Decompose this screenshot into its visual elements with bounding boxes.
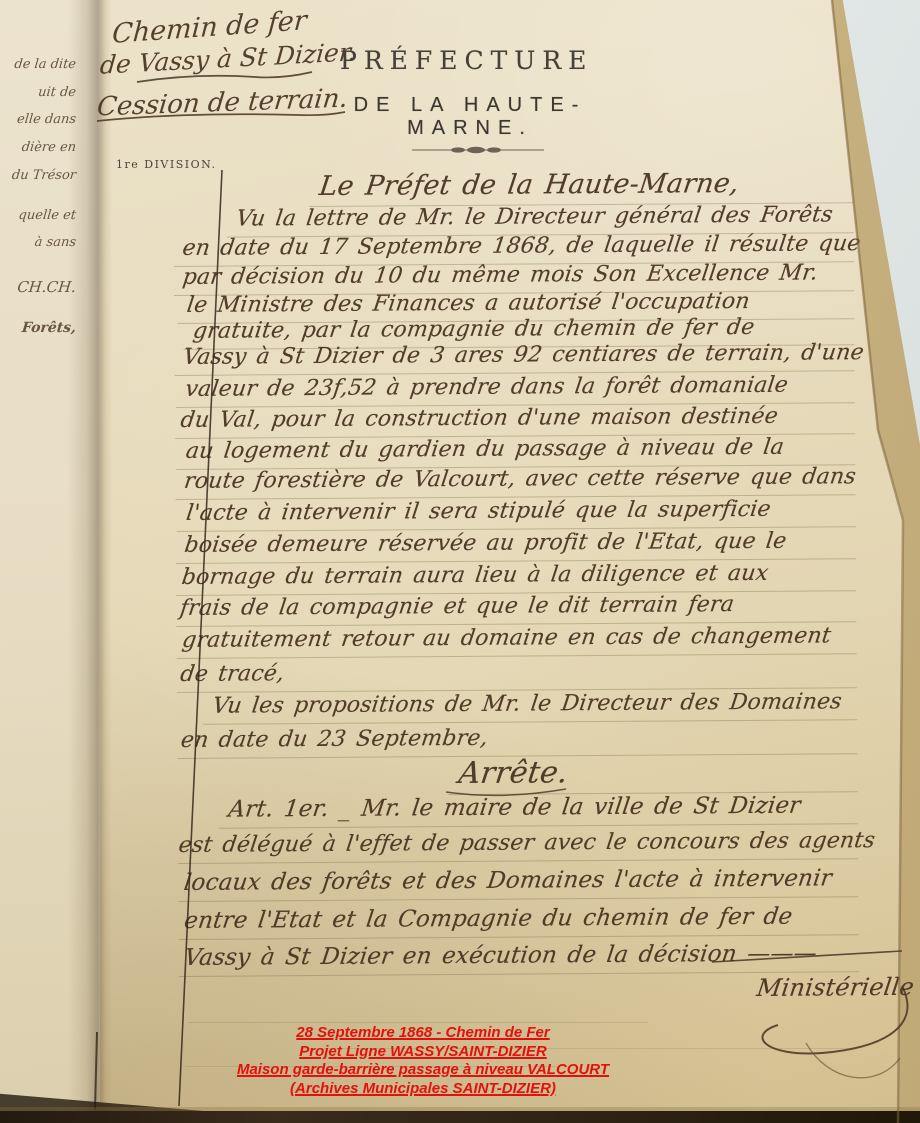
manuscript-line-19: en date du 23 Septembre,	[179, 726, 489, 753]
caption-line-3: Maison garde-barrière passage à niveau V…	[218, 1061, 628, 1080]
manuscript-line-17: de tracé,	[179, 661, 286, 687]
manuscript-line-16: gratuitement retour au domaine en cas de…	[181, 623, 833, 653]
manuscript-line-2: Vu la lettre de Mr. le Directeur général…	[235, 202, 835, 231]
manuscript-line-5: le Ministre des Finances a autorisé l'oc…	[185, 289, 751, 318]
archival-document-photo: de la diteuit deelle dansdière endu Trés…	[0, 0, 920, 1123]
archival-caption: 28 Septembre 1868 - Chemin de FerProjet …	[218, 1024, 628, 1098]
ruled-line	[178, 896, 858, 902]
manuscript-line-3: en date du 17 Septembre 1868, de laquell…	[181, 231, 862, 261]
manuscript-body: Le Préfet de la Haute-Marne,Vu la lettre…	[0, 0, 920, 1123]
ruled-line	[219, 823, 858, 828]
manuscript-line-23: locaux des forêts et des Domaines l'acte…	[182, 865, 833, 896]
manuscript-line-11: route forestière de Valcourt, avec cette…	[183, 464, 858, 494]
ruled-line	[179, 971, 859, 977]
manuscript-line-24: entre l'Etat et la Compagnie du chemin d…	[183, 904, 795, 934]
manuscript-line-6: gratuite, par la compagnie du chemin de …	[191, 315, 756, 344]
manuscript-line-26: Ministérielle	[755, 973, 916, 1002]
manuscript-line-22: est délégué à l'effet de passer avec le …	[177, 828, 877, 858]
manuscript-line-18: Vu les propositions de Mr. le Directeur …	[211, 689, 843, 718]
ruled-line	[179, 934, 859, 940]
ruled-line	[178, 858, 858, 864]
caption-line-1: 28 Septembre 1868 - Chemin de Fer	[218, 1024, 628, 1043]
manuscript-line-4: par décision du 10 du même mois Son Exce…	[181, 260, 819, 289]
manuscript-line-13: boisée demeure réservée au profit de l'E…	[183, 529, 788, 558]
manuscript-line-12: l'acte à intervenir il sera stipulé que …	[185, 497, 773, 526]
manuscript-line-21: Art. 1er. _ Mr. le maire de la ville de …	[227, 793, 802, 823]
manuscript-line-10: au logement du gardien du passage à nive…	[184, 435, 785, 464]
caption-line-2: Projet Ligne WASSY/SAINT-DIZIER	[218, 1043, 628, 1062]
ruled-line	[177, 653, 857, 659]
caption-line-4: (Archives Municipales SAINT-DIZIER)	[218, 1080, 628, 1099]
manuscript-line-20: Arrête.	[457, 755, 571, 791]
ruled-line	[188, 1022, 648, 1023]
manuscript-line-25: Vassy à St Dizier en exécution de la déc…	[183, 941, 819, 971]
manuscript-line-15: frais de la compagnie et que le dit terr…	[178, 592, 735, 621]
ruled-line	[203, 719, 857, 725]
manuscript-line-14: bornage du terrain aura lieu à la dilige…	[180, 561, 770, 590]
manuscript-line-1: Le Préfet de la Haute-Marne,	[317, 168, 740, 202]
manuscript-line-9: du Val, pour la construction d'une maiso…	[179, 404, 780, 433]
manuscript-line-8: valeur de 23f,52 à prendre dans la forêt…	[184, 373, 790, 402]
manuscript-line-7: Vassy à St Dizier de 3 ares 92 centiares…	[182, 340, 866, 370]
